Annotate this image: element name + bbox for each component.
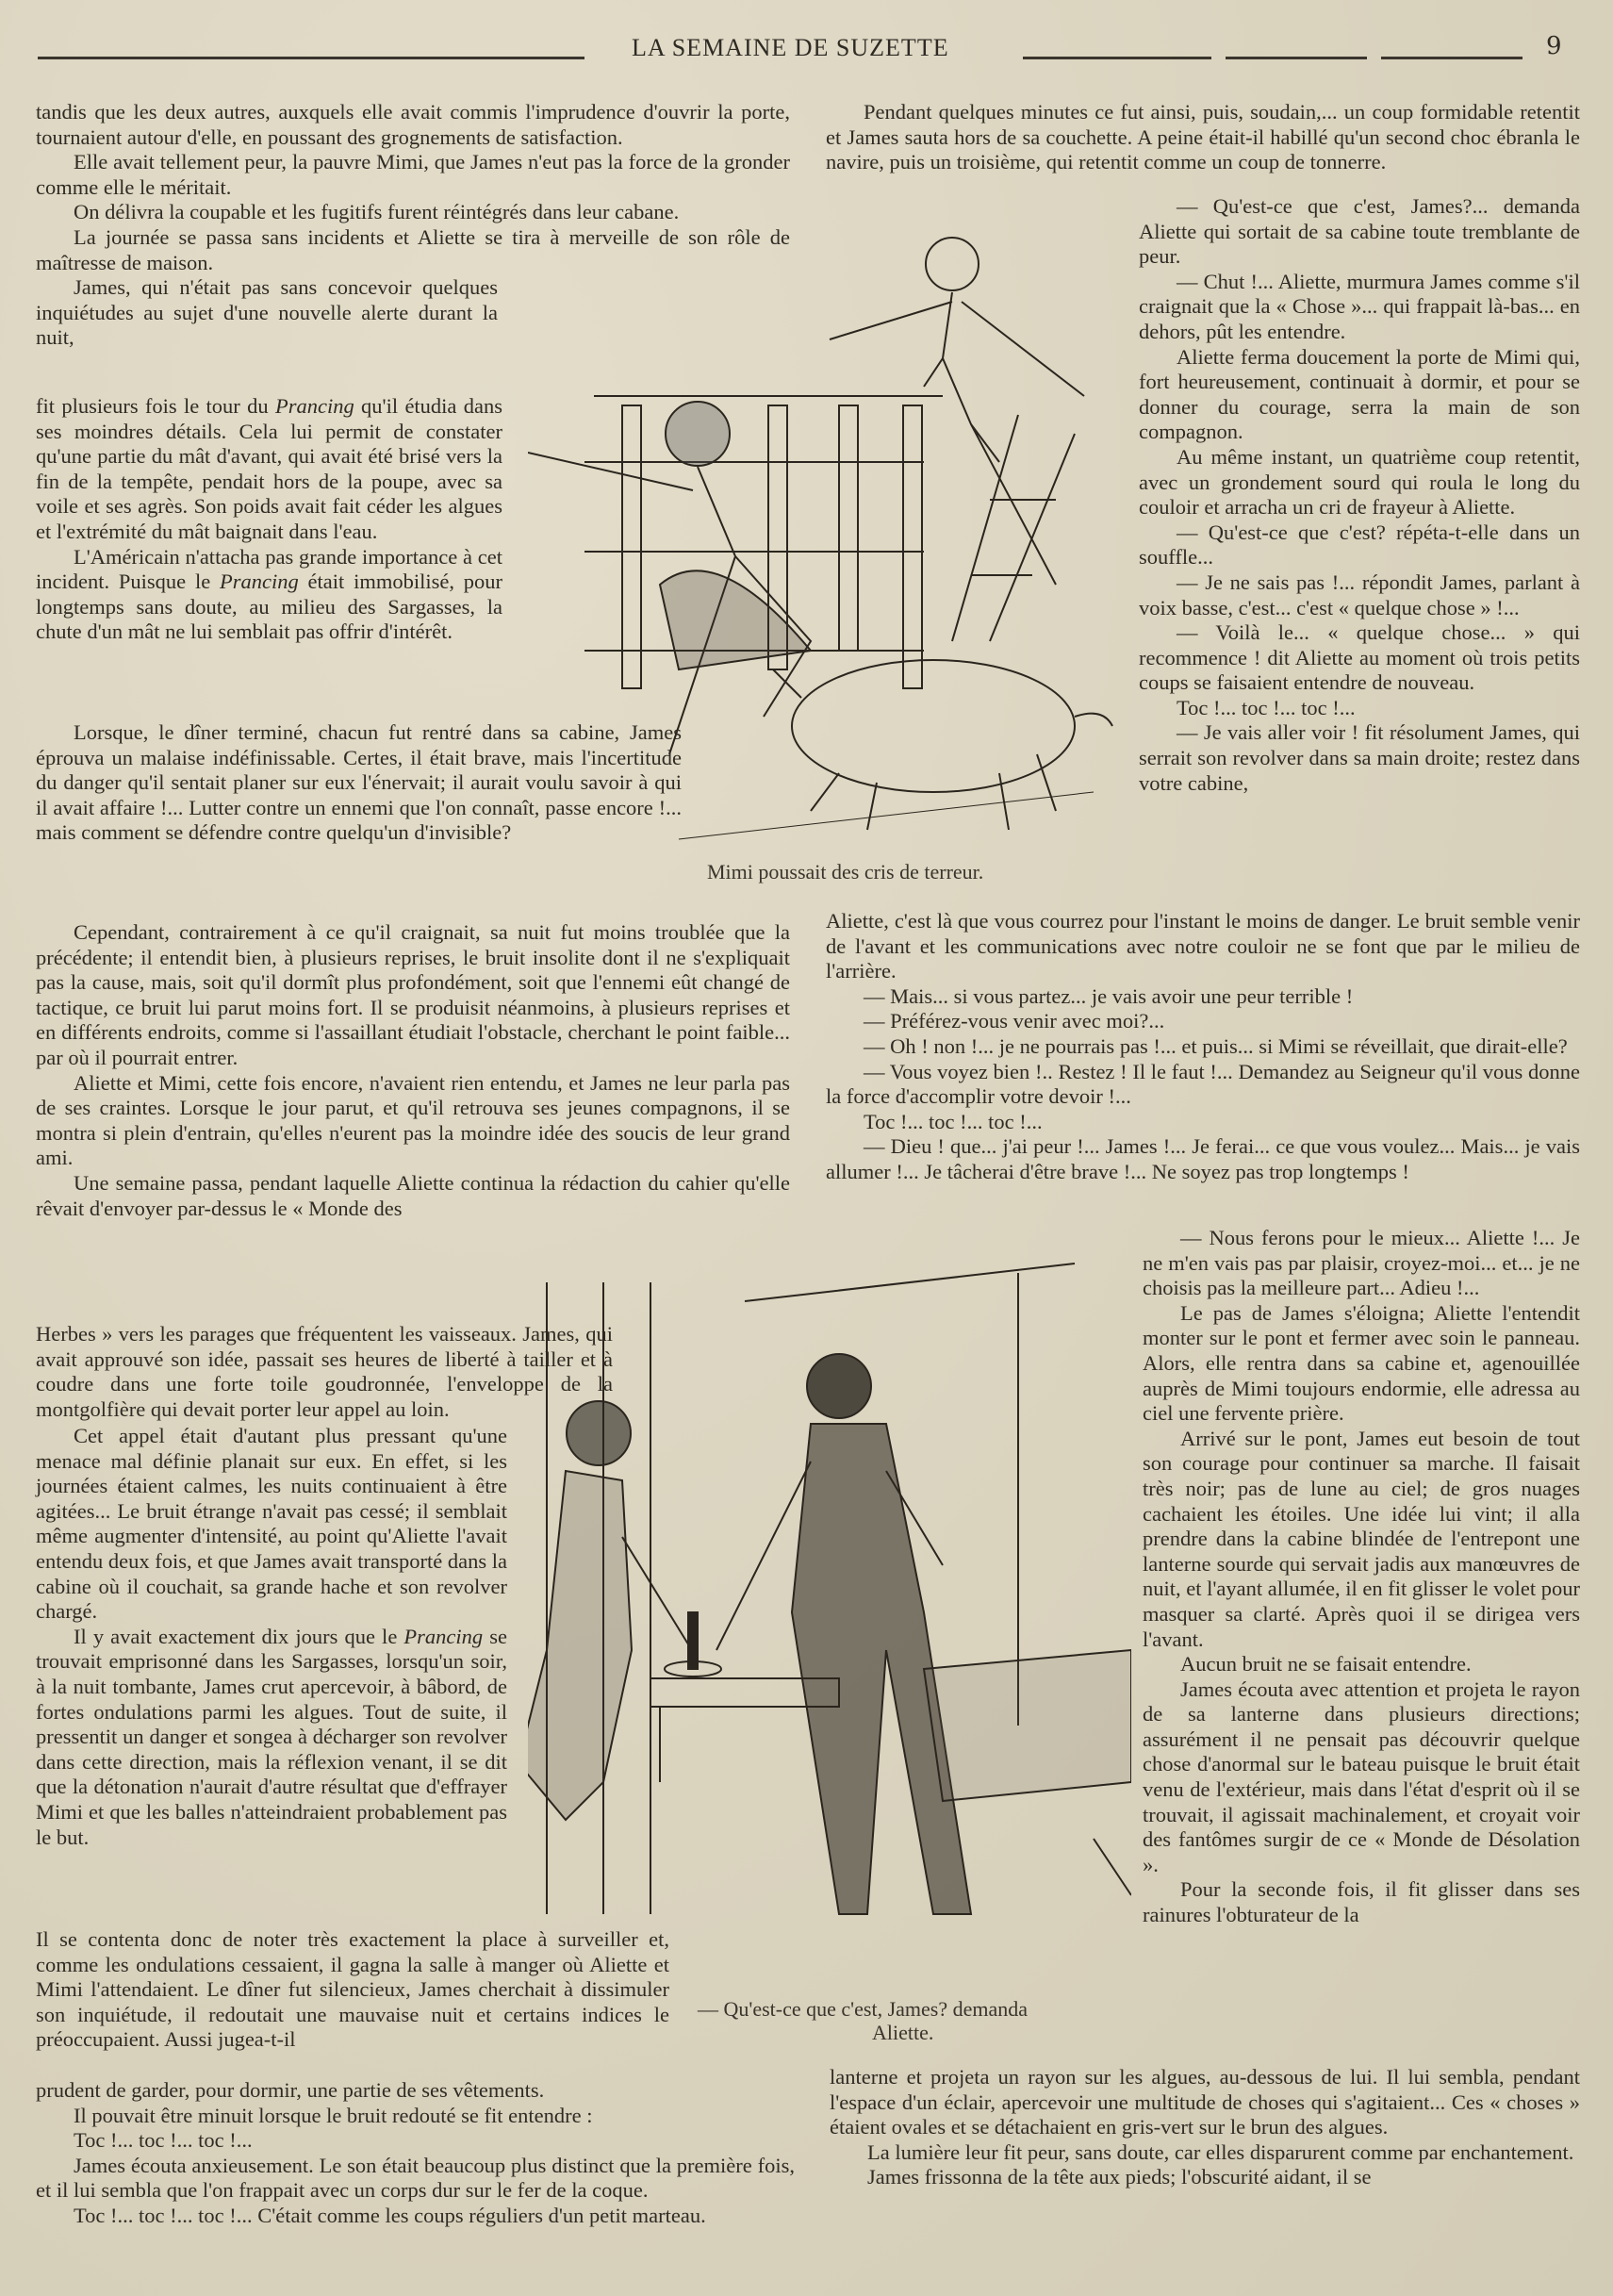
right-column-block-3: Aliette, c'est là que vous courrez pour … — [826, 909, 1580, 1185]
dialogue: — Dieu ! que... j'ai peur !... James !..… — [826, 1134, 1580, 1184]
sound-effect: Toc !... toc !... toc !... — [1139, 696, 1580, 721]
paragraph: Aliette et Mimi, cette fois encore, n'av… — [36, 1071, 790, 1171]
illustration-aliette-james — [528, 1254, 1131, 1990]
paragraph: Toc !... toc !... toc !... C'était comme… — [36, 2204, 795, 2229]
header-rule-right — [1226, 57, 1367, 59]
illustration-drawing — [528, 1254, 1131, 1990]
paragraph: Pendant quelques minutes ce fut ainsi, p… — [826, 100, 1580, 175]
left-column-block-4: Cependant, contrairement à ce qu'il crai… — [36, 920, 790, 1221]
paragraph: Elle avait tellement peur, la pauvre Mim… — [36, 150, 790, 200]
dialogue: — Je ne sais pas !... répondit James, pa… — [1139, 570, 1580, 620]
paragraph: fit plusieurs fois le tour du Prancing q… — [36, 394, 502, 545]
dialogue: — Vous voyez bien !.. Restez ! Il le fau… — [826, 1060, 1580, 1110]
paragraph: lanterne et projeta un rayon sur les alg… — [830, 2065, 1580, 2140]
left-column-block-2: fit plusieurs fois le tour du Prancing q… — [36, 394, 502, 645]
right-column-block-4: — Nous ferons pour le mieux... Aliette !… — [1143, 1226, 1580, 1928]
ship-name: Prancing — [403, 1625, 483, 1648]
paragraph: Une semaine passa, pendant laquelle Alie… — [36, 1171, 790, 1221]
right-column-block-2: — Qu'est-ce que c'est, James?... demanda… — [1139, 194, 1580, 796]
paragraph: Aliette, c'est là que vous courrez pour … — [826, 909, 1580, 984]
paragraph: Au même instant, un quatrième coup reten… — [1139, 445, 1580, 520]
paragraph: James écouta avec attention et projeta l… — [1143, 1677, 1580, 1878]
paragraph: James frissonna de la tête aux pieds; l'… — [830, 2165, 1580, 2190]
header-rule-left — [38, 57, 584, 59]
header-rule-right — [1381, 57, 1522, 59]
left-column-block-8: prudent de garder, pour dormir, une part… — [36, 2078, 795, 2229]
paragraph: Il y avait exactement dix jours que le P… — [36, 1625, 507, 1850]
dialogue: — Oh ! non !... je ne pourrais pas !... … — [826, 1034, 1580, 1060]
paragraph: Le pas de James s'éloigna; Aliette l'ent… — [1143, 1301, 1580, 1427]
paragraph: Toc !... toc !... toc !... — [36, 2128, 795, 2154]
ship-name: Prancing — [220, 570, 299, 593]
dialogue: — Nous ferons pour le mieux... Aliette !… — [1143, 1226, 1580, 1301]
caption-bottom-illustration-line-2: Aliette. — [872, 2021, 933, 2045]
paragraph: Il pouvait être minuit lorsque le bruit … — [36, 2104, 795, 2129]
paragraph: prudent de garder, pour dormir, une part… — [36, 2078, 795, 2104]
sound-effect: Toc !... toc !... toc !... — [826, 1110, 1580, 1135]
header-rule-right — [1023, 57, 1211, 59]
right-column-block-5: lanterne et projeta un rayon sur les alg… — [830, 2065, 1580, 2190]
paragraph: James écouta anxieusement. Le son était … — [36, 2154, 795, 2204]
dialogue: — Qu'est-ce que c'est? répéta-t-elle dan… — [1139, 520, 1580, 570]
paragraph: Cependant, contrairement à ce qu'il crai… — [36, 920, 790, 1071]
paragraph: L'Américain n'attacha pas grande importa… — [36, 545, 502, 645]
ship-name: Prancing — [275, 394, 354, 418]
paragraph: Aucun bruit ne se faisait entendre. — [1143, 1652, 1580, 1677]
right-column-block-1: Pendant quelques minutes ce fut ainsi, p… — [826, 100, 1580, 175]
paragraph: Pour la seconde fois, il fit glisser dan… — [1143, 1877, 1580, 1927]
left-column-block-5: Herbes » vers les parages que fréquenten… — [36, 1322, 613, 1422]
dialogue: — Mais... si vous partez... je vais avoi… — [826, 984, 1580, 1010]
paragraph: Aliette ferma doucement la porte de Mimi… — [1139, 345, 1580, 445]
paragraph: Herbes » vers les parages que fréquenten… — [36, 1322, 613, 1422]
paragraph: La lumière leur fit peur, sans doute, ca… — [830, 2140, 1580, 2166]
caption-top-illustration: Mimi poussait des cris de terreur. — [707, 860, 983, 884]
paragraph: On délivra la coupable et les fugitifs f… — [36, 200, 790, 225]
caption-bottom-illustration-line-1: — Qu'est-ce que c'est, James? demanda — [698, 1997, 1028, 2022]
paragraph: James, qui n'était pas sans concevoir qu… — [36, 275, 498, 351]
illustration-mimi-pig — [528, 226, 1131, 867]
dialogue: — Qu'est-ce que c'est, James?... demanda… — [1139, 194, 1580, 270]
left-column-block-6: Cet appel était d'autant plus pressant q… — [36, 1424, 507, 1850]
dialogue: — Chut !... Aliette, murmura James comme… — [1139, 270, 1580, 345]
dialogue: — Je vais aller voir ! fit résolument Ja… — [1139, 720, 1580, 796]
paragraph: Cet appel était d'autant plus pressant q… — [36, 1424, 507, 1625]
dialogue: — Voilà le... « quelque chose... » qui r… — [1139, 620, 1580, 696]
paragraph: tandis que les deux autres, auxquels ell… — [36, 100, 790, 150]
paragraph: Arrivé sur le pont, James eut besoin de … — [1143, 1427, 1580, 1652]
magazine-title: LA SEMAINE DE SUZETTE — [632, 34, 949, 62]
illustration-drawing — [528, 226, 1131, 867]
page-header: LA SEMAINE DE SUZETTE 9 — [38, 28, 1565, 66]
dialogue: — Préférez-vous venir avec moi?... — [826, 1009, 1580, 1034]
page-number: 9 — [1546, 32, 1562, 60]
